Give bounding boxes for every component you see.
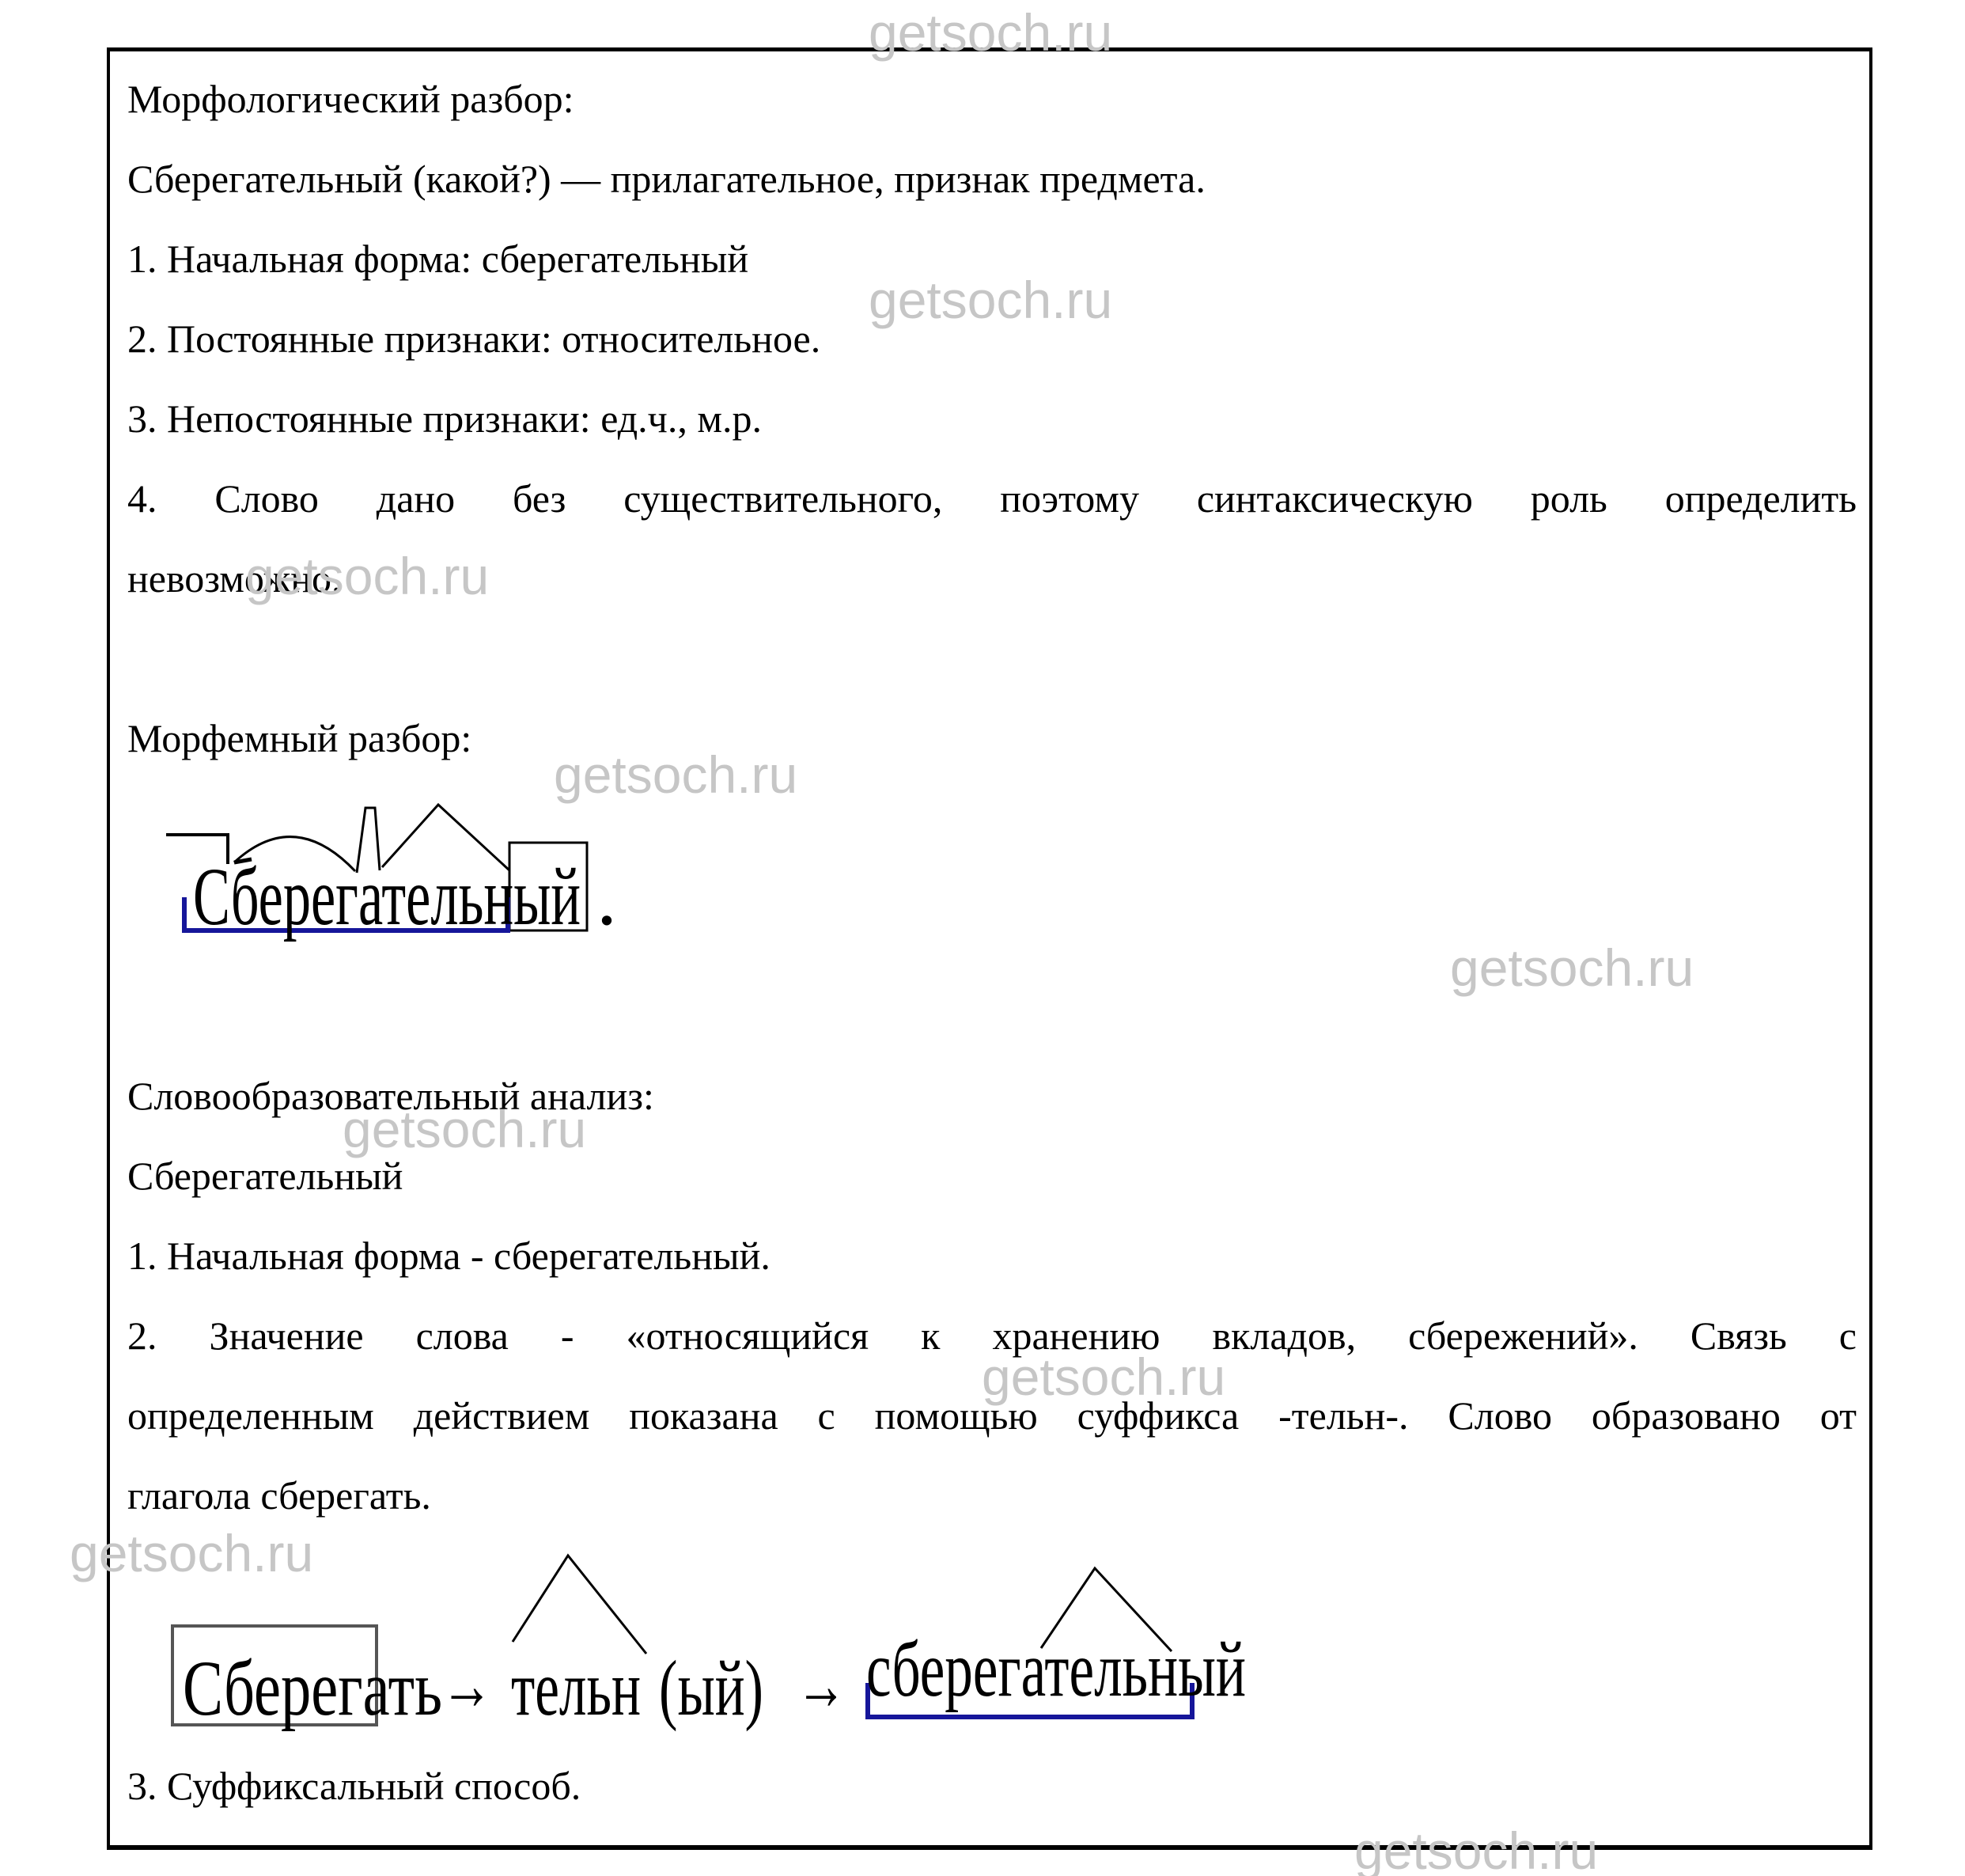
watermark: getsoch.ru bbox=[343, 1103, 586, 1155]
watermark: getsoch.ru bbox=[1354, 1825, 1598, 1876]
suffix-text: тельн bbox=[511, 1644, 641, 1732]
watermark: getsoch.ru bbox=[70, 1527, 313, 1579]
watermark: getsoch.ru bbox=[982, 1351, 1225, 1403]
suffix-mark bbox=[513, 1556, 646, 1654]
watermark: getsoch.ru bbox=[869, 274, 1112, 326]
result-word: сберегательный bbox=[866, 1625, 1246, 1713]
ending-text: (ый) bbox=[659, 1644, 763, 1732]
derivation-item: 3. Суффиксальный способ. bbox=[127, 1766, 581, 1806]
watermark: getsoch.ru bbox=[869, 6, 1112, 59]
watermark: getsoch.ru bbox=[245, 550, 489, 602]
watermark: getsoch.ru bbox=[1450, 942, 1694, 994]
arrow-icon: → bbox=[796, 1647, 846, 1725]
source-word: Сберегать bbox=[183, 1644, 442, 1732]
watermark: getsoch.ru bbox=[554, 749, 797, 801]
arrow-icon: → bbox=[441, 1647, 493, 1725]
